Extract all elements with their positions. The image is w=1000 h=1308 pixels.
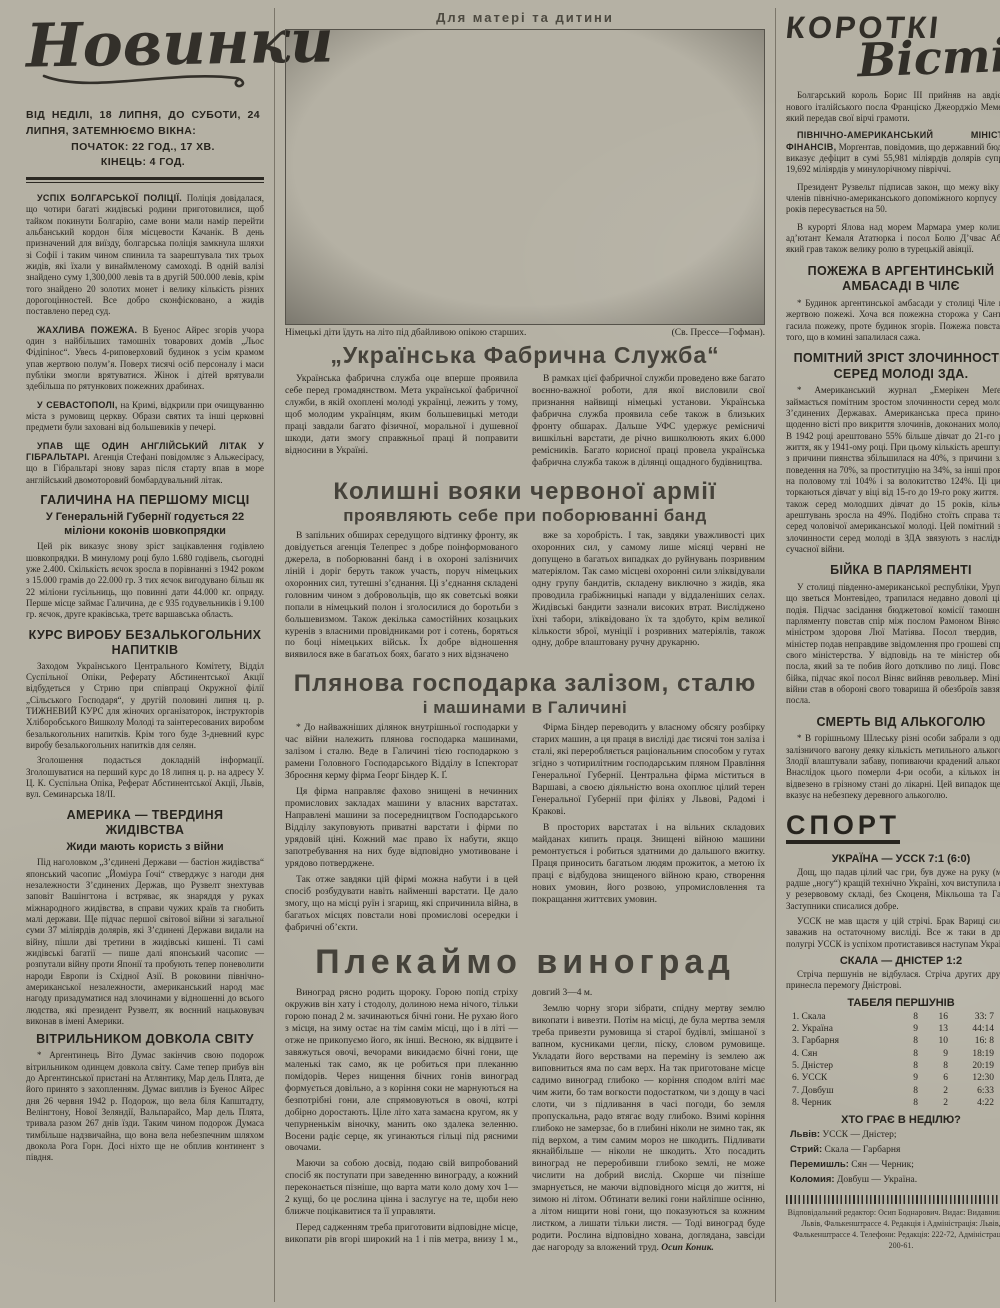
imprint-divider [786,1195,1000,1204]
article-paragraph: Землю чорну згори зібрати, спідну мертву… [532,1004,765,1255]
article-paragraph: Фірма Біндер переводить у власному обсяг… [532,723,765,819]
article-title-galychyna: ГАЛИЧИНА НА ПЕРШОМУ МІСЦІ [26,493,264,508]
article-body-vitrylnyk: * Аргентинець Віто Думас закінчив свою п… [26,1050,264,1163]
article-title-amerika: АМЕРИКА — ТВЕРДИНЯ ЖИДІВСТВА [26,808,264,838]
points: 2 [918,1085,948,1097]
points: 16 [918,1011,948,1023]
article-body-galychyna: Цей рік виказує знову зріст зацікавлення… [26,541,264,620]
article-title-ufs: „Українська Фабрична Служба“ [285,342,765,369]
points: 9 [918,1048,948,1060]
news-item: ЖАХЛИВА ПОЖЕЖА. В Буенос Айрес згорів уч… [26,325,264,393]
match-title: УКРАЇНА — УССК 7:1 (6:0) [786,853,1000,865]
article-body-plan: * До найважніших ділянок внутрішньої гос… [285,723,765,934]
games: 8 [884,1060,918,1072]
table-row: 4. Сян8918:19 [792,1048,1000,1060]
table-row: 5. Дністер8820:19 [792,1060,1000,1072]
article-body-vynograd: Виноград рясно родить щороку. Горою попі… [285,988,765,1255]
fixture-place: Перемишль: [790,1159,849,1170]
news-item: УПАВ ЩЕ ОДИН АНГЛІЙСЬКИЙ ЛІТАК У ГІБРАЛЬ… [26,441,264,486]
masthead-korotki-visti: КОРОТКІ Вісті [786,12,1000,80]
brief-item: Президент Рузвельт підписав закон, що ме… [786,182,1000,216]
team: 2. Україна [792,1023,884,1035]
article-text: Землю чорну згори зібрати, спідну мертву… [532,1004,765,1253]
games: 8 [884,1048,918,1060]
games: 8 [884,1011,918,1023]
fixture-place: Стрий: [790,1144,822,1155]
points: 10 [918,1035,948,1047]
games: 8 [884,1097,918,1109]
left-column: Новинки ВІД НЕДІЛІ, 18 ЛИПНЯ, ДО СУБОТИ,… [26,8,274,1302]
goals: 6:33 [948,1085,994,1097]
goals: 16: 8 [948,1035,994,1047]
fixture-match: Скала — Гарбарня [825,1145,901,1155]
blackout-end: КІНЕЦЬ: 4 ГОД. [26,155,260,171]
team: 4. Сян [792,1048,884,1060]
double-rule [26,177,264,183]
brief-item: ПІВНІЧНО-АМЕРИКАНСЬКИЙ МІНІСТЕР ФІНАНСІВ… [786,130,1000,175]
photo-credit: (Св. Прессе—Гофман). [672,328,765,338]
section-title-zrist: ПОМІТНИЙ ЗРІСТ ЗЛОЧИННОСТИ СЕРЕД МОЛОДІ … [786,351,1000,382]
news-item: УСПІХ БОЛГАРСЬКОЇ ПОЛІЦІЇ. Поліція довід… [26,193,264,318]
news-item: У СЕВАСТОПОЛІ, на Кримі, відкрили при оч… [26,400,264,434]
fixture-line: Львів: УССК — Дністер; [790,1128,1000,1143]
points: 6 [918,1072,948,1084]
table-row: 6. УССК9612:30 [792,1072,1000,1084]
match-report: УССК не мав щастя у цій стрічі. Брак Вар… [786,916,1000,950]
goals: 12:30 [948,1072,994,1084]
team: 7. Довбуш [792,1085,884,1097]
article-paragraph: Українська фабрична служба оце вперше пр… [285,374,518,458]
points: 8 [918,1060,948,1072]
center-column: Для матері та дитини Німецькі діти їдуть… [274,8,776,1302]
match-report: Стріча першунів не відбулася. Стріча дру… [786,969,1000,992]
fixture-match: Сян — Черник; [851,1160,914,1170]
goals: 44:14 [948,1023,994,1035]
points: 13 [918,1023,948,1035]
article-paragraph: Маючи за собою досвід, подаю свій випроб… [285,1159,518,1219]
goals: 4:22 [948,1097,994,1109]
article-signature: Осип Коник. [661,1243,714,1253]
article-paragraph: В рамках цієї фабричної служби проведено… [532,374,765,470]
goals: 33: 7 [948,1011,994,1023]
points: 2 [918,1097,948,1109]
section-title-smert: СМЕРТЬ ВІД АЛЬКОГОЛЮ [786,715,1000,731]
fixture-match: УССК — Дністер; [822,1130,896,1140]
games: 9 [884,1023,918,1035]
article-subtitle-plan: і машинами в Галичині [285,698,765,718]
imprint-text: Відповідальний редактор: Осип Боднарович… [786,1208,1000,1251]
photo-banner: Для матері та дитини [285,10,765,25]
article-title-kurs: КУРС ВИРОБУ БЕЗАЛЬКОГОЛЬНИХ НАПИТКІВ [26,628,264,658]
article-title-cossacks: Колишні вояки червоної армії [285,478,765,506]
fixture-line: Перемишль: Сян — Черник; [790,1158,1000,1173]
article-paragraph: В запільних обширах середущого відтинку … [285,531,518,663]
table-row: 7. Довбуш826:33 [792,1085,1000,1097]
article-paragraph: Заходом Українського Центрального Коміте… [26,661,264,752]
news-lead: У СЕВАСТОПОЛІ, [37,400,118,410]
fixture-match: Довбуш — Україна. [837,1175,917,1185]
goals: 18:19 [948,1048,994,1060]
article-paragraph: Виноград рясно родить щороку. Горою попі… [285,988,518,1156]
section-body: * Будинок аргентинської амбасади у столи… [786,298,1000,343]
fixture-place: Коломия: [790,1174,835,1185]
article-paragraph: В просторих варстатах і на вільних склад… [532,823,765,907]
goals: 20:19 [948,1060,994,1072]
team: 1. Скала [792,1011,884,1023]
table-row: 3. Гарбарня81016: 8 [792,1035,1000,1047]
team: 6. УССК [792,1072,884,1084]
article-paragraph: Так отже завдяки цій фірмі можна набути … [285,875,518,935]
fixture-line: Коломия: Довбуш — Україна. [790,1173,1000,1188]
blackout-start: ПОЧАТОК: 22 ГОД., 17 ХВ. [26,140,260,156]
fixtures-list: Львів: УССК — Дністер; Стрий: Скала — Га… [790,1128,1000,1187]
photo-children-train [285,29,765,325]
section-title-biyka: БІЙКА В ПАРЛЯМЕНТІ [786,563,1000,579]
article-paragraph: Зголошення подасться докладній інформаці… [26,755,264,800]
section-body: У столиці південно-американської республ… [786,582,1000,707]
article-subtitle-amerika: Жиди мають користь з війни [26,841,264,855]
photo-caption-row: Німецькі діти їдуть на літо під дбайливо… [285,328,765,338]
table-row: 8. Черник824:22 [792,1097,1000,1109]
newspaper-page: Новинки ВІД НЕДІЛІ, 18 ЛИПНЯ, ДО СУБОТИ,… [0,0,1000,1308]
league-table: 1. Скала81633: 7 2. Україна91344:14 3. Г… [792,1011,1000,1110]
article-body-cossacks: В запільних обширах середущого відтинку … [285,531,765,663]
section-title-pozheza: ПОЖЕЖА В АРГЕНТИНСЬКІЙ АМБАСАДІ В ЧІЛЄ [786,264,1000,295]
article-paragraph: Ця фірма направляє фахово знищені в нечи… [285,787,518,871]
section-body: * В горішньому Шлеську різні особи забра… [786,733,1000,801]
team: 8. Черник [792,1097,884,1109]
fixtures-title: ХТО ГРАЄ В НЕДІЛЮ? [786,1114,1000,1126]
games: 8 [884,1035,918,1047]
section-body: * Американський журнал „Емерікен Меґезін… [786,385,1000,555]
sport-section-title: СПОРТ [786,811,900,843]
news-lead: УСПІХ БОЛГАРСЬКОЇ ПОЛІЦІЇ. [37,193,182,203]
table-row: 2. Україна91344:14 [792,1023,1000,1035]
blackout-notice: ВІД НЕДІЛІ, 18 ЛИПНЯ, ДО СУБОТИ, 24 ЛИПН… [26,108,260,171]
team: 3. Гарбарня [792,1035,884,1047]
article-body-amerika: Під наголовком „Зʼєдинені Держави — баст… [26,857,264,1027]
article-paragraph: * До найважніших ділянок внутрішньої гос… [285,723,518,783]
article-subtitle-galychyna: У Генеральній Губернії годується 22 мілі… [26,511,264,539]
fixture-line: Стрий: Скала — Гарбарня [790,1143,1000,1158]
article-title-vynograd: Плекаймо виноград [285,943,765,982]
right-column: КОРОТКІ Вісті Болгарський король Борис I… [776,8,1000,1302]
blackout-dates: ВІД НЕДІЛІ, 18 ЛИПНЯ, ДО СУБОТИ, 24 ЛИПН… [26,108,260,140]
table-row: 1. Скала81633: 7 [792,1011,1000,1023]
masthead-word-visti: Вісті [785,35,1000,84]
news-text: Поліція довідалася, що чотири багаті жид… [26,193,264,316]
games: 8 [884,1085,918,1097]
match-title: СКАЛА — ДНІСТЕР 1:2 [786,955,1000,967]
brief-item: Болгарський король Борис III прийняв на … [786,90,1000,124]
fixture-place: Львів: [790,1129,820,1140]
team: 5. Дністер [792,1060,884,1072]
masthead-novynky: Новинки [26,14,264,94]
article-title-plan: Плянова господарка залізом, сталю [285,670,765,698]
article-title-vitrylnyk: ВІТРИЛЬНИКОМ ДОВКОЛА СВІТУ [26,1032,264,1047]
league-table-title: ТАБЕЛЯ ПЕРШУНІВ [786,997,1000,1009]
news-lead: ЖАХЛИВА ПОЖЕЖА. [37,325,137,335]
article-body-ufs: Українська фабрична служба оце вперше пр… [285,374,765,470]
brief-item: В курорті Ялова над морем Мармара умер к… [786,222,1000,256]
article-subtitle-cossacks: проявляють себе при поборюванні банд [285,506,765,526]
article-paragraph: вже за хоробрість. І так, завдяки уважли… [532,531,765,651]
games: 9 [884,1072,918,1084]
match-report: Дощ, що падав цілий час гри, був дуже на… [786,867,1000,912]
photo-caption: Німецькі діти їдуть на літо під дбайливо… [285,328,526,338]
